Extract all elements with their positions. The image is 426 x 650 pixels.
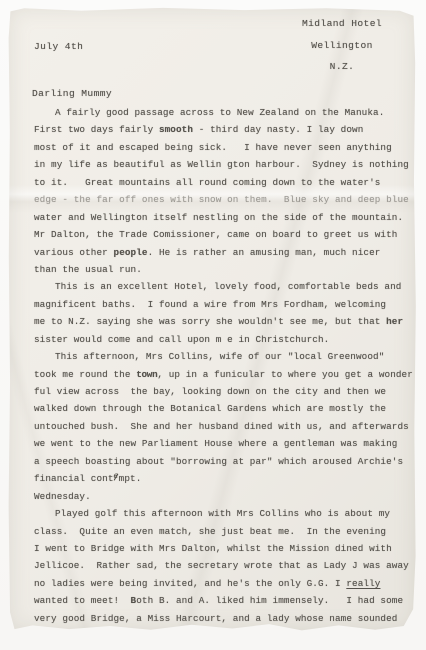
letter-line: magnificent baths. I found a wire from M… (34, 296, 408, 313)
letter-line: class. Quite an even match, she just bea… (34, 523, 408, 540)
letter-text: magnificent baths. I found a wire from M… (34, 299, 386, 310)
letterhead: Midland Hotel Wellington N.Z. (278, 13, 406, 78)
letter-line: sister would come and call upon m e in C… (34, 331, 408, 348)
letter-text: , up in a funicular to where you get a w… (157, 369, 413, 380)
letter-text: Played golf this afternoon with Mrs Coll… (55, 508, 390, 519)
letter-page: Midland Hotel Wellington N.Z. July 4th D… (8, 7, 416, 631)
letter-text-emphasis: town (136, 369, 157, 380)
letter-text: class. Quite an even match, she just bea… (34, 526, 386, 537)
letter-text: most of it and escaped being sick. I hav… (34, 142, 392, 153)
letter-text: water and Wellington itself nestling on … (34, 212, 403, 223)
letter-text: sister would come and call upon m e in C… (34, 334, 329, 345)
letter-text: First two days fairly (34, 124, 159, 135)
letter-text: we went to the new Parliament House wher… (34, 438, 397, 449)
letter-text-emphasis: smooth (159, 124, 193, 135)
letter-text-emphasis: people (114, 247, 148, 258)
letter-line: Mr Dalton, the Trade Comissioner, came o… (34, 226, 408, 243)
letter-line: very good Bridge, a Miss Harcourt, and a… (34, 610, 408, 627)
letter-line: untouched bush. She and her husband dine… (34, 418, 408, 435)
letter-salutation: Darling Mummy (32, 88, 112, 99)
photo-background: { "letter": { "letterhead": { "hotel": "… (0, 0, 426, 650)
letter-text: than the usual run. (34, 264, 142, 275)
letter-text: in my life as beautiful as Wellin gton h… (34, 159, 409, 170)
letter-text: ful view across the bay, looking down on… (34, 386, 386, 397)
letter-text: - third day nasty. I lay down (193, 124, 363, 135)
letter-text: to it. Great mountains all round coming … (34, 177, 380, 188)
letter-line: in my life as beautiful as Wellin gton h… (34, 156, 408, 173)
letter-text: This is an excellent Hotel, lovely food,… (55, 281, 401, 292)
letter-body: A fairly good passage across to New Zeal… (34, 104, 408, 627)
letter-line: various other people. He is rather an am… (34, 244, 408, 261)
letter-line: Played golf this afternoon with Mrs Coll… (34, 505, 408, 522)
letter-line: edge - the far off ones with snow on the… (34, 191, 408, 208)
letter-text: Mr Dalton, the Trade Comissioner, came o… (34, 229, 397, 240)
letter-text: A fairly good passage across to New Zeal… (55, 107, 384, 118)
letter-text: wanted to meet! (34, 595, 131, 606)
letter-text: I went to Bridge with Mrs Dalton, whilst… (34, 543, 392, 554)
letter-line: walked down through the Botanical Garden… (34, 400, 408, 417)
letter-line: most of it and escaped being sick. I hav… (34, 139, 408, 156)
letter-line: Jellicoe. Rather sad, the secretary wrot… (34, 557, 408, 574)
letter-line: to it. Great mountains all round coming … (34, 174, 408, 191)
letterhead-hotel: Midland Hotel (278, 13, 406, 35)
letter-line: First two days fairly smooth - third day… (34, 121, 408, 138)
letter-text: oth B. and A. liked him immensely. I had… (136, 595, 403, 606)
letter-text: various other (34, 247, 114, 258)
letter-text: untouched bush. She and her husband dine… (34, 421, 409, 432)
letter-text-emphasis: her (386, 316, 403, 327)
letter-line: wanted to meet! Both B. and A. liked him… (34, 592, 408, 609)
letter-text: walked down through the Botanical Garden… (34, 403, 386, 414)
letter-text: took me round the (34, 369, 136, 380)
letter-text: mpt. (119, 473, 142, 484)
letterhead-country: N.Z. (278, 56, 406, 78)
letter-line: took me round the town, up in a funicula… (34, 366, 408, 383)
letter-line: I went to Bridge with Mrs Dalton, whilst… (34, 540, 408, 557)
letter-text: Jellicoe. Rather sad, the secretary wrot… (34, 560, 409, 571)
letter-line: a speech boasting about "borrowing at pa… (34, 453, 408, 470)
letter-line: than the usual run. (34, 261, 408, 278)
letter-line: This afternoon, Mrs Collins, wife of our… (34, 348, 408, 365)
letter-text: This afternoon, Mrs Collins, wife of our… (55, 351, 384, 362)
letter-text: me to N.Z. saying she was sorry she woul… (34, 316, 386, 327)
letter-text-emphasis: really (346, 578, 380, 589)
letter-text: no ladies were being invited, and he's t… (34, 578, 346, 589)
letter-line: This is an excellent Hotel, lovely food,… (34, 278, 408, 295)
letter-line: ful view across the bay, looking down on… (34, 383, 408, 400)
letter-line: A fairly good passage across to New Zeal… (34, 104, 408, 121)
letter-line: Wednesday. (34, 488, 408, 505)
letter-text: edge - the far off ones with snow on the… (34, 194, 409, 205)
letter-text: Wednesday. (34, 491, 91, 502)
letter-line: we went to the new Parliament House wher… (34, 435, 408, 452)
letter-line: financial contempt. (34, 470, 408, 487)
letter-line: water and Wellington itself nestling on … (34, 209, 408, 226)
letter-text: financial cont (34, 473, 114, 484)
letter-text-emphasis: e (114, 468, 119, 485)
letter-line: no ladies were being invited, and he's t… (34, 575, 408, 592)
letter-line: me to N.Z. saying she was sorry she woul… (34, 313, 408, 330)
letter-text: very good Bridge, a Miss Harcourt, and a… (34, 613, 397, 624)
letter-text: a speech boasting about "borrowing at pa… (34, 456, 403, 467)
letter-date: July 4th (34, 41, 83, 52)
letter-text: . He is rather an amusing man, much nice… (148, 247, 381, 258)
letterhead-city: Wellington (278, 35, 406, 57)
